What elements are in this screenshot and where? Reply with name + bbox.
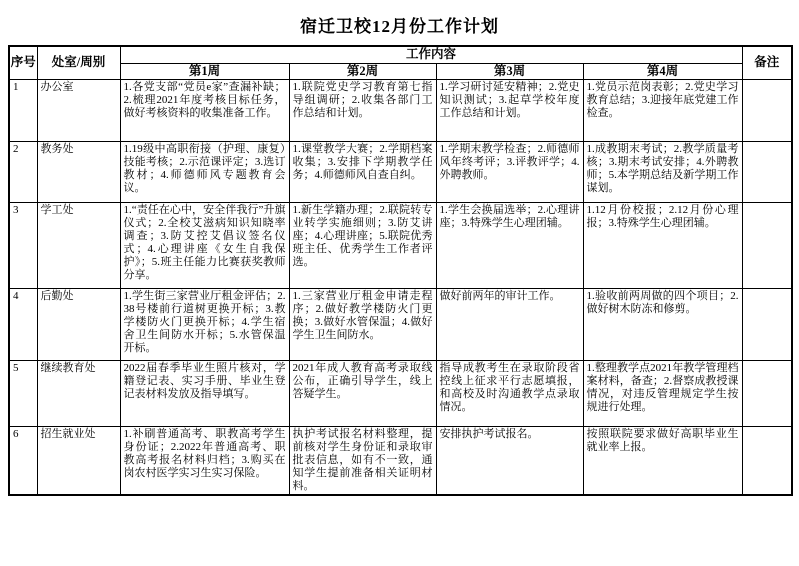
document-page: 宿迁卫校12月份工作计划 序号 处室/周别 工作内容 备注 第1周 第2周 第3…	[0, 0, 799, 566]
table-row: 4 后勤处 1.学生街三家营业厅租金评估；2.38号楼前行道树更换开标；3.教学…	[9, 288, 792, 360]
cell-week4: 1.验收前两周做的四个项目；2.做好树木防冻和修剪。	[583, 288, 742, 360]
header-cell-week-4: 第4周	[583, 63, 742, 79]
cell-row-number: 2	[9, 141, 37, 202]
cell-row-number: 1	[9, 79, 37, 141]
cell-department: 学工处	[37, 202, 120, 288]
cell-department: 继续教育处	[37, 360, 120, 426]
header-cell-dept: 处室/周别	[37, 46, 120, 79]
cell-week3: 指导成教考生在录取阶段省控线上征求平行志愿填报，和高校及时沟通教学点录取情况。	[436, 360, 583, 426]
cell-week1: 2022届春季毕业生照片核对，学籍登记表、实习手册、毕业生登记表材料发放及指导填…	[120, 360, 289, 426]
page-title: 宿迁卫校12月份工作计划	[0, 0, 799, 37]
cell-week1: 1.19级中高职衔接（护理、康复）技能考核；2.示范课评定；3.选订教材；4.师…	[120, 141, 289, 202]
header-cell-remark: 备注	[742, 46, 792, 79]
table-row: 5 继续教育处 2022届春季毕业生照片核对，学籍登记表、实习手册、毕业生登记表…	[9, 360, 792, 426]
cell-week3: 1.学期末教学检查；2.师德师风年终考评；3.评教评学；4.外聘教师。	[436, 141, 583, 202]
cell-remark	[742, 426, 792, 495]
cell-week2: 1.新生学籍办理；2.联院转专业转学实施细则；3.防艾讲座；4.心理讲座；5.联…	[289, 202, 436, 288]
cell-department: 招生就业处	[37, 426, 120, 495]
cell-week2: 1.课堂教学大赛；2.学期档案收集；3.安排下学期教学任务；4.师德师风自查自纠…	[289, 141, 436, 202]
cell-department: 教务处	[37, 141, 120, 202]
cell-week4: 1.党员示范岗表彰；2.党史学习教育总结；3.迎接年底党建工作检查。	[583, 79, 742, 141]
table-row: 3 学工处 1.“责任在心中，安全伴我行”升旗仪式；2.全校艾滋病知识知晓率调查…	[9, 202, 792, 288]
cell-week2: 执护考试报名材料整理，提前核对学生身份证和录取审批表信息，如有不一致，通知学生提…	[289, 426, 436, 495]
cell-week4: 1.成教期末考试；2.教学质量考核；3.期末考试安排；4.外聘教师；5.本学期总…	[583, 141, 742, 202]
cell-row-number: 5	[9, 360, 37, 426]
cell-week4: 按照联院要求做好高职毕业生就业率上报。	[583, 426, 742, 495]
cell-row-number: 4	[9, 288, 37, 360]
cell-week1: 1.“责任在心中，安全伴我行”升旗仪式；2.全校艾滋病知识知晓率调查；3.防艾控…	[120, 202, 289, 288]
header-cell-week-1: 第1周	[120, 63, 289, 79]
cell-week3: 安排执护考试报名。	[436, 426, 583, 495]
cell-week2: 1.三家营业厅租金申请走程序；2.做好教学楼防火门更换；3.做好水管保温；4.做…	[289, 288, 436, 360]
table-row: 6 招生就业处 1.补刷普通高考、职教高考学生身份证；2.2022年普通高考、职…	[9, 426, 792, 495]
cell-remark	[742, 360, 792, 426]
cell-week4: 1.整理教学点2021年教学管理档案材料，备查；2.督察成教授课情况，对违反管理…	[583, 360, 742, 426]
cell-week1: 1.补刷普通高考、职教高考学生身份证；2.2022年普通高考、职教高考报名材料归…	[120, 426, 289, 495]
cell-week3: 1.学生会换届选举；2.心理讲座；3.特殊学生心理团辅。	[436, 202, 583, 288]
table-row: 1 办公室 1.各党支部“党员e家”查漏补缺；2.梳理2021年度考核目标任务，…	[9, 79, 792, 141]
cell-row-number: 6	[9, 426, 37, 495]
cell-week1: 1.各党支部“党员e家”查漏补缺；2.梳理2021年度考核目标任务，做好考核资料…	[120, 79, 289, 141]
cell-remark	[742, 79, 792, 141]
cell-remark	[742, 288, 792, 360]
cell-department: 办公室	[37, 79, 120, 141]
cell-week4: 1.12月份校报；2.12月份心理报；3.特殊学生心理团辅。	[583, 202, 742, 288]
cell-week2: 1.联院党史学习教育第七指导组调研；2.收集各部门工作总结和计划。	[289, 79, 436, 141]
work-plan-table: 序号 处室/周别 工作内容 备注 第1周 第2周 第3周 第4周 1 办公室 1…	[8, 45, 793, 496]
cell-remark	[742, 202, 792, 288]
cell-remark	[742, 141, 792, 202]
header-row-weeks: 第1周 第2周 第3周 第4周	[9, 63, 792, 79]
cell-week3: 做好前两年的审计工作。	[436, 288, 583, 360]
cell-department: 后勤处	[37, 288, 120, 360]
cell-week3: 1.学习研讨延安精神；2.党史知识测试；3.起草学校年度工作总结和计划。	[436, 79, 583, 141]
header-cell-index: 序号	[9, 46, 37, 79]
cell-week2: 2021年成人教育高考录取线公布，正确引导学生，线上答疑学生。	[289, 360, 436, 426]
header-cell-content: 工作内容	[120, 46, 742, 63]
header-cell-week-2: 第2周	[289, 63, 436, 79]
cell-week1: 1.学生街三家营业厅租金评估；2.38号楼前行道树更换开标；3.教学楼防火门更换…	[120, 288, 289, 360]
cell-row-number: 3	[9, 202, 37, 288]
header-cell-week-3: 第3周	[436, 63, 583, 79]
header-row-top: 序号 处室/周别 工作内容 备注	[9, 46, 792, 63]
table-row: 2 教务处 1.19级中高职衔接（护理、康复）技能考核；2.示范课评定；3.选订…	[9, 141, 792, 202]
